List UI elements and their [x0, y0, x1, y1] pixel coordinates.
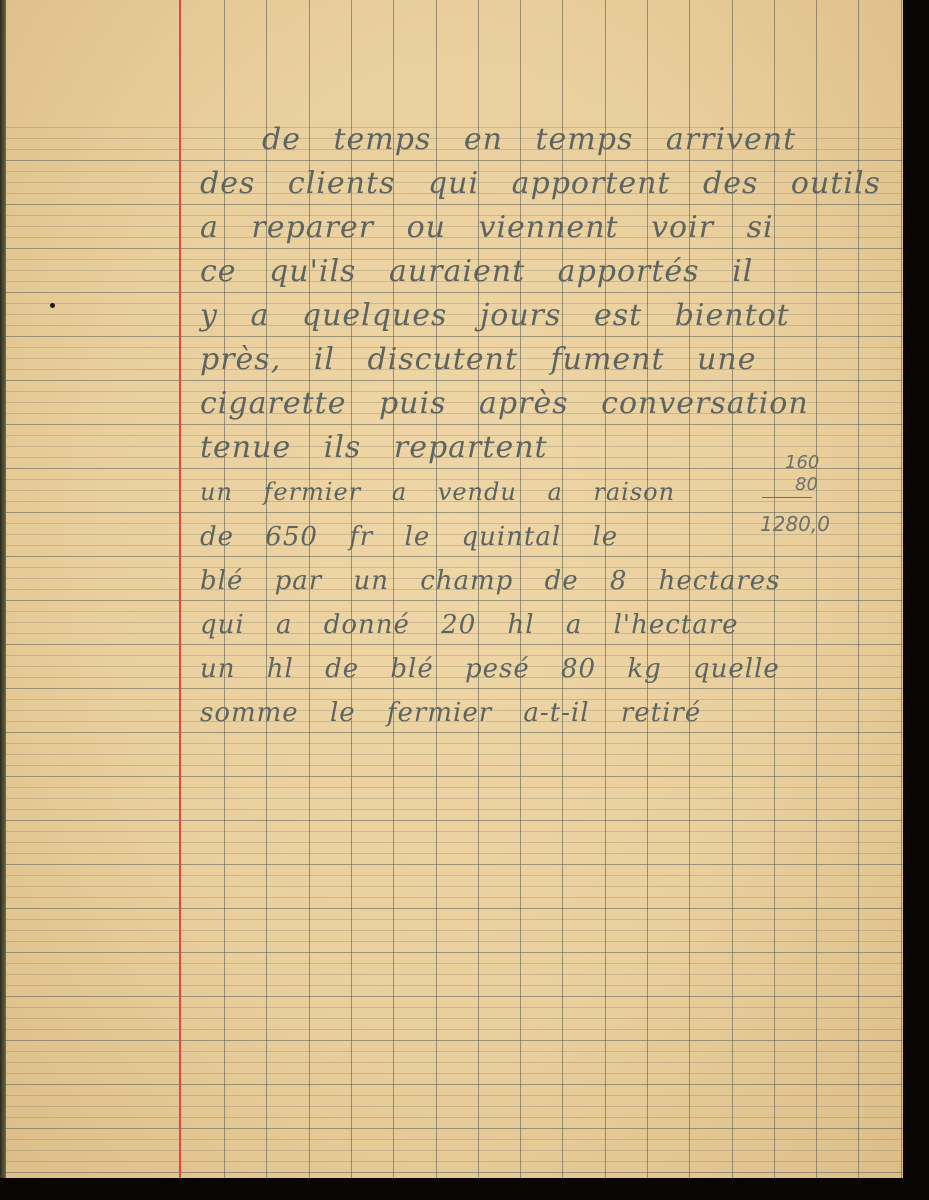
handwritten-line-7: cigarette puis après conversation — [200, 386, 809, 426]
grid-sub-line — [6, 875, 903, 876]
grid-vertical-line — [901, 0, 902, 1178]
notebook-page: de temps en temps arrivent des clients q… — [0, 0, 903, 1178]
grid-main-line — [6, 864, 903, 865]
handwritten-line-5: y a quelques jours est bientot — [200, 298, 790, 338]
handwritten-line-8: tenue ils repartent — [200, 430, 548, 470]
handwritten-line-3: a reparer ou viennent voir si — [200, 210, 774, 250]
grid-sub-line — [6, 1007, 903, 1008]
grid-main-line — [6, 908, 903, 909]
grid-sub-line — [6, 842, 903, 843]
grid-sub-line — [6, 765, 903, 766]
grid-sub-line — [6, 787, 903, 788]
grid-sub-line — [6, 1062, 903, 1063]
handwritten-line-1: de temps en temps arrivent — [262, 122, 796, 162]
calc-operand-a: 160 — [785, 452, 819, 473]
grid-sub-line — [6, 963, 903, 964]
grid-sub-line — [6, 974, 903, 975]
calc-operand-b: 80 — [795, 474, 818, 495]
handwritten-line-14: somme le fermier a-t-il retiré — [200, 698, 701, 738]
calc-result: 1280,0 — [760, 512, 830, 536]
grid-sub-line — [6, 1106, 903, 1107]
grid-main-line — [6, 952, 903, 953]
grid-sub-line — [6, 1073, 903, 1074]
grid-main-line — [6, 1172, 903, 1173]
grid-main-line — [6, 996, 903, 997]
grid-sub-line — [6, 1029, 903, 1030]
handwritten-line-12: qui a donné 20 hl a l'hectare — [200, 610, 739, 650]
grid-sub-line — [6, 985, 903, 986]
grid-sub-line — [6, 897, 903, 898]
calc-rule — [762, 497, 812, 498]
grid-sub-line — [6, 1117, 903, 1118]
grid-sub-line — [6, 941, 903, 942]
grid-sub-line — [6, 809, 903, 810]
grid-sub-line — [6, 1095, 903, 1096]
handwritten-line-13: un hl de blé pesé 80 kg quelle — [200, 654, 780, 694]
grid-sub-line — [6, 930, 903, 931]
grid-sub-line — [6, 798, 903, 799]
grid-main-line — [6, 1040, 903, 1041]
grid-main-line — [6, 1084, 903, 1085]
red-margin-line — [179, 0, 181, 1178]
grid-sub-line — [6, 1018, 903, 1019]
grid-sub-line — [6, 754, 903, 755]
grid-main-line — [6, 776, 903, 777]
handwritten-line-4: ce qu'ils auraient apportés il — [200, 254, 753, 294]
grid-sub-line — [6, 831, 903, 832]
handwritten-line-2: des clients qui apportent des outils — [200, 166, 881, 206]
grid-main-line — [6, 1128, 903, 1129]
handwritten-line-10: de 650 fr le quintal le — [200, 522, 618, 562]
grid-sub-line — [6, 1139, 903, 1140]
handwritten-line-11: blé par un champ de 8 hectares — [200, 566, 780, 606]
grid-sub-line — [6, 1161, 903, 1162]
grid-main-line — [6, 820, 903, 821]
handwritten-line-6: près, il discutent fument une — [200, 342, 756, 382]
grid-sub-line — [6, 1051, 903, 1052]
ink-dot — [50, 303, 55, 308]
grid-sub-line — [6, 1150, 903, 1151]
grid-sub-line — [6, 853, 903, 854]
grid-sub-line — [6, 743, 903, 744]
grid-sub-line — [6, 886, 903, 887]
handwritten-line-9: un fermier a vendu a raison — [200, 478, 675, 518]
grid-sub-line — [6, 919, 903, 920]
